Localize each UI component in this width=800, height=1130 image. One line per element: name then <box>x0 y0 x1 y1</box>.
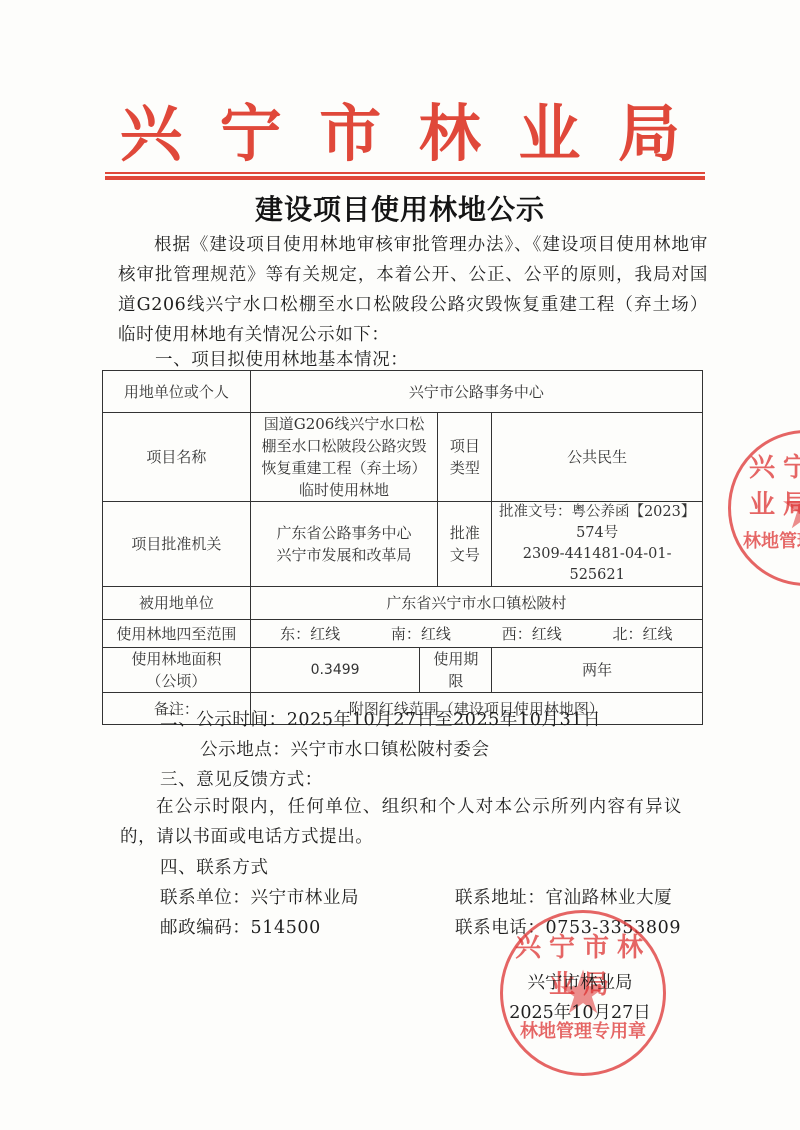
applicant-value: 兴宁市公路事务中心 <box>250 371 702 413</box>
signature-block: 兴宁市林业局 2025年10月27日 <box>490 968 670 1028</box>
table-row: 使用林地四至范围 东：红线 南：红线 西：红线 北：红线 <box>103 620 703 648</box>
signature-org: 兴宁市林业局 <box>490 968 670 998</box>
contact-address: 联系地址：官汕路林业大厦 <box>455 884 672 909</box>
header-divider-thick <box>105 176 705 180</box>
bound-north: 北：红线 <box>613 623 673 645</box>
masthead-char: 宁 <box>220 84 282 173</box>
intro-paragraph: 根据《建设项目使用林地审核审批管理办法》、《建设项目使用林地审核审批管理规范》等… <box>118 230 708 350</box>
masthead-char: 业 <box>518 84 580 173</box>
project-type-value: 公共民生 <box>492 413 703 502</box>
table-row: 用地单位或个人 兴宁市公路事务中心 <box>103 371 703 413</box>
table-row: 项目名称 国道G206线兴宁水口松棚至水口松陂段公路灾毁恢复重建工程（弃土场）临… <box>103 413 703 502</box>
approval-no-line: 批准文号：粤公养函【2023】 <box>496 502 698 523</box>
bounds-label: 使用林地四至范围 <box>103 620 251 648</box>
approval-no-value: 批准文号：粤公养函【2023】 574号 2309-441481-04-01-5… <box>492 502 703 587</box>
bound-east: 东：红线 <box>280 623 340 645</box>
approval-no-line: 2309-441481-04-01-525621 <box>496 544 698 586</box>
bound-west: 西：红线 <box>502 623 562 645</box>
masthead-char: 林 <box>419 84 481 173</box>
period-value: 两年 <box>492 648 703 693</box>
land-owner-label: 被用地单位 <box>103 587 251 620</box>
document-title: 建设项目使用林地公示 <box>0 188 800 228</box>
area-label-line: （公顷） <box>107 670 246 692</box>
section4-heading: 四、联系方式 <box>160 854 269 879</box>
approval-org-line: 广东省公路事务中心 <box>255 522 434 544</box>
masthead-char: 市 <box>319 84 381 173</box>
period-label: 使用期限 <box>420 648 492 693</box>
contact-unit: 联系单位：兴宁市林业局 <box>160 884 359 909</box>
section3-heading: 三、意见反馈方式： <box>160 766 323 791</box>
masthead-org-name: 兴 宁 市 林 业 局 <box>120 88 680 168</box>
table-row: 被用地单位 广东省兴宁市水口镇松陂村 <box>103 587 703 620</box>
project-name-value: 国道G206线兴宁水口松棚至水口松陂段公路灾毁恢复重建工程（弃土场）临时使用林地 <box>250 413 438 502</box>
signature-date: 2025年10月27日 <box>490 998 670 1028</box>
official-seal-partial: 兴宁市林业局 ★ 林地管理专用章 <box>728 430 800 586</box>
postcode: 邮政编码：514500 <box>160 914 321 939</box>
masthead-char: 局 <box>618 84 680 173</box>
applicant-label: 用地单位或个人 <box>103 371 251 413</box>
approval-org-line: 兴宁市发展和改革局 <box>255 544 434 566</box>
publicity-time: 二、公示时间：2025年10月27日至2025年10月31日 <box>160 706 601 731</box>
section1-heading: 一、项目拟使用林地基本情况： <box>155 346 408 371</box>
masthead-char: 兴 <box>120 84 182 173</box>
feedback-paragraph: 在公示时限内，任何单位、组织和个人对本公示所列内容有异议的，请以书面或电话方式提… <box>120 792 682 852</box>
publicity-place: 公示地点：兴宁市水口镇松陂村委会 <box>200 736 490 761</box>
bounds-value: 东：红线 南：红线 西：红线 北：红线 <box>250 620 702 648</box>
project-type-label: 项目类型 <box>438 413 492 502</box>
table-row: 使用林地面积 （公顷） 0.3499 使用期限 两年 <box>103 648 703 693</box>
area-label-line: 使用林地面积 <box>107 648 246 670</box>
table-row: 项目批准机关 广东省公路事务中心 兴宁市发展和改革局 批准文号 批准文号：粤公养… <box>103 502 703 587</box>
project-name-label: 项目名称 <box>103 413 251 502</box>
header-divider-thin <box>105 172 705 174</box>
area-label: 使用林地面积 （公顷） <box>103 648 251 693</box>
approval-no-line: 574号 <box>496 523 698 544</box>
area-value: 0.3499 <box>250 648 420 693</box>
land-owner-value: 广东省兴宁市水口镇松陂村 <box>250 587 702 620</box>
land-use-info-table: 用地单位或个人 兴宁市公路事务中心 项目名称 国道G206线兴宁水口松棚至水口松… <box>102 370 703 725</box>
approval-org-value: 广东省公路事务中心 兴宁市发展和改革局 <box>250 502 438 587</box>
approval-org-label: 项目批准机关 <box>103 502 251 587</box>
seal-bottom-text: 林地管理专用章 <box>731 527 800 553</box>
bound-south: 南：红线 <box>391 623 451 645</box>
approval-no-label: 批准文号 <box>438 502 492 587</box>
